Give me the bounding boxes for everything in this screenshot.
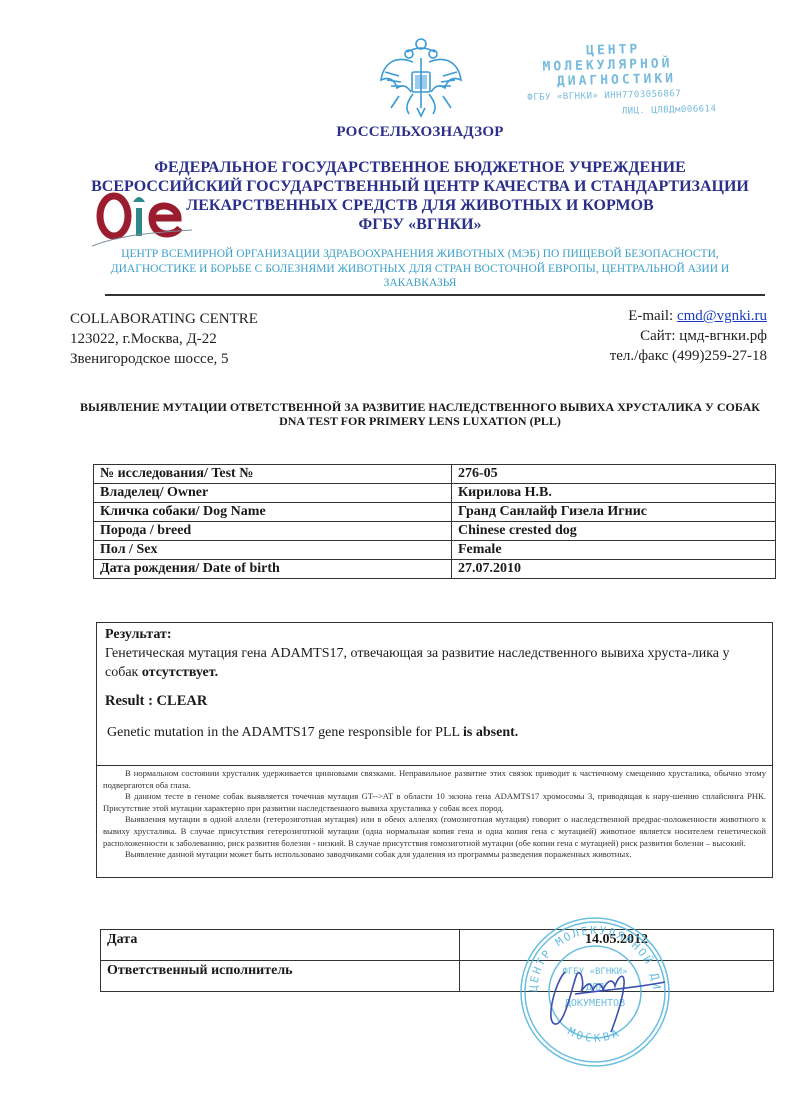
address-line: Звенигородское шоссе, 5 xyxy=(70,349,258,369)
seal-bottom-text: МОСКВА xyxy=(566,1025,624,1045)
stamp-line: ЛИЦ. ЦЛВДм006614 xyxy=(622,104,717,116)
executor-label: Ответственный исполнитель xyxy=(101,961,460,992)
row-label: Дата рождения/ Date of birth xyxy=(94,560,452,579)
email-link[interactable]: cmd@vgnki.ru xyxy=(677,308,767,324)
row-label: Порода / breed xyxy=(94,522,452,541)
result-en-body: Genetic mutation in the ADAMTS17 gene re… xyxy=(107,725,463,740)
oie-center-description: ЦЕНТР ВСЕМИРНОЙ ОРГАНИЗАЦИИ ЗДРАВООХРАНЕ… xyxy=(90,247,750,291)
result-ru-text: Генетическая мутация гена ADAMTS17, отве… xyxy=(105,644,764,682)
phone-text: тел./факс (499)259-27-18 xyxy=(610,346,767,366)
table-row: Владелец/ OwnerКирилова Н.В. xyxy=(94,484,776,503)
address-line: 123022, г.Москва, Д-22 xyxy=(70,329,258,349)
collaborating-centre-label: COLLABORATING CENTRE xyxy=(70,309,258,329)
result-en-verdict: is absent. xyxy=(463,725,518,740)
table-row: Порода / breedChinese crested dog xyxy=(94,522,776,541)
institution-line: ФЕДЕРАЛЬНОЕ ГОСУДАРСТВЕННОЕ БЮДЖЕТНОЕ УЧ… xyxy=(80,158,760,177)
lab-stamp: ЦЕНТР МОЛЕКУЛЯРНОЙ ДИАГНОСТИКИ ФГБУ «ВГН… xyxy=(514,39,776,126)
agency-name: РОССЕЛЬХОЗНАДЗОР xyxy=(300,124,540,141)
stamp-line: ЦЕНТР xyxy=(586,42,641,58)
document-title: ВЫЯВЛЕНИЕ МУТАЦИИ ОТВЕТСТВЕННОЙ ЗА РАЗВИ… xyxy=(60,400,780,428)
executor-signature-cell xyxy=(460,961,774,992)
oie-logo-icon xyxy=(92,188,192,248)
explanatory-notes: В нормальном состоянии хрусталик удержив… xyxy=(96,766,773,878)
stamp-line: ФГБУ «ВГНКИ» ИНН7703056867 xyxy=(527,89,681,103)
result-clear: Result : CLEAR xyxy=(105,692,764,711)
signature-table: Дата14.05.2012 Ответственный исполнитель xyxy=(100,929,774,992)
note-paragraph: Выявления мутации в одной аллели (гетеро… xyxy=(103,814,766,849)
table-row: Кличка собаки/ Dog NameГранд Санлайф Гиз… xyxy=(94,503,776,522)
result-ru-verdict: отсутствует. xyxy=(142,665,218,680)
title-en: DNA TEST FOR PRIMERY LENS LUXATION (PLL) xyxy=(60,414,780,428)
row-value: 276-05 xyxy=(452,465,776,484)
row-label: № исследования/ Test № xyxy=(94,465,452,484)
row-label: Пол / Sex xyxy=(94,541,452,560)
russian-coat-of-arms-icon xyxy=(377,36,465,120)
table-row: № исследования/ Test №276-05 xyxy=(94,465,776,484)
row-value: Chinese crested dog xyxy=(452,522,776,541)
email-label: E-mail: xyxy=(628,308,677,324)
row-label: Кличка собаки/ Dog Name xyxy=(94,503,452,522)
date-value: 14.05.2012 xyxy=(460,930,774,961)
note-paragraph: Выявление данной мутации может быть испо… xyxy=(103,849,766,861)
table-row: Пол / SexFemale xyxy=(94,541,776,560)
date-label: Дата xyxy=(101,930,460,961)
row-value: Female xyxy=(452,541,776,560)
header-divider xyxy=(105,294,765,296)
svg-text:МОСКВА: МОСКВА xyxy=(566,1025,624,1045)
table-row: Дата рождения/ Date of birth27.07.2010 xyxy=(94,560,776,579)
table-row: Ответственный исполнитель xyxy=(101,961,774,992)
seal-inner-line: ДОКУМЕНТОВ xyxy=(565,998,625,1009)
result-heading: Результат: xyxy=(105,625,764,644)
row-value: Кирилова Н.В. xyxy=(452,484,776,503)
row-value: 27.07.2010 xyxy=(452,560,776,579)
address-block: COLLABORATING CENTRE 123022, г.Москва, Д… xyxy=(70,309,258,369)
result-en-text: Genetic mutation in the ADAMTS17 gene re… xyxy=(105,723,764,742)
row-label: Владелец/ Owner xyxy=(94,484,452,503)
test-info-table: № исследования/ Test №276-05 Владелец/ O… xyxy=(93,464,776,579)
row-value: Гранд Санлайф Гизела Игнис xyxy=(452,503,776,522)
email-row: E-mail: cmd@vgnki.ru xyxy=(610,306,767,326)
result-section: Результат: Генетическая мутация гена ADA… xyxy=(96,622,773,766)
contact-block: E-mail: cmd@vgnki.ru Сайт: цмд-вгнки.рф … xyxy=(610,306,767,366)
note-paragraph: В данном тесте в геноме собак выявляется… xyxy=(103,791,766,814)
stamp-line: ДИАГНОСТИКИ xyxy=(557,71,676,89)
note-paragraph: В нормальном состоянии хрусталик удержив… xyxy=(103,768,766,791)
site-text: Сайт: цмд-вгнки.рф xyxy=(610,326,767,346)
title-ru: ВЫЯВЛЕНИЕ МУТАЦИИ ОТВЕТСТВЕННОЙ ЗА РАЗВИ… xyxy=(60,400,780,414)
table-row: Дата14.05.2012 xyxy=(101,930,774,961)
